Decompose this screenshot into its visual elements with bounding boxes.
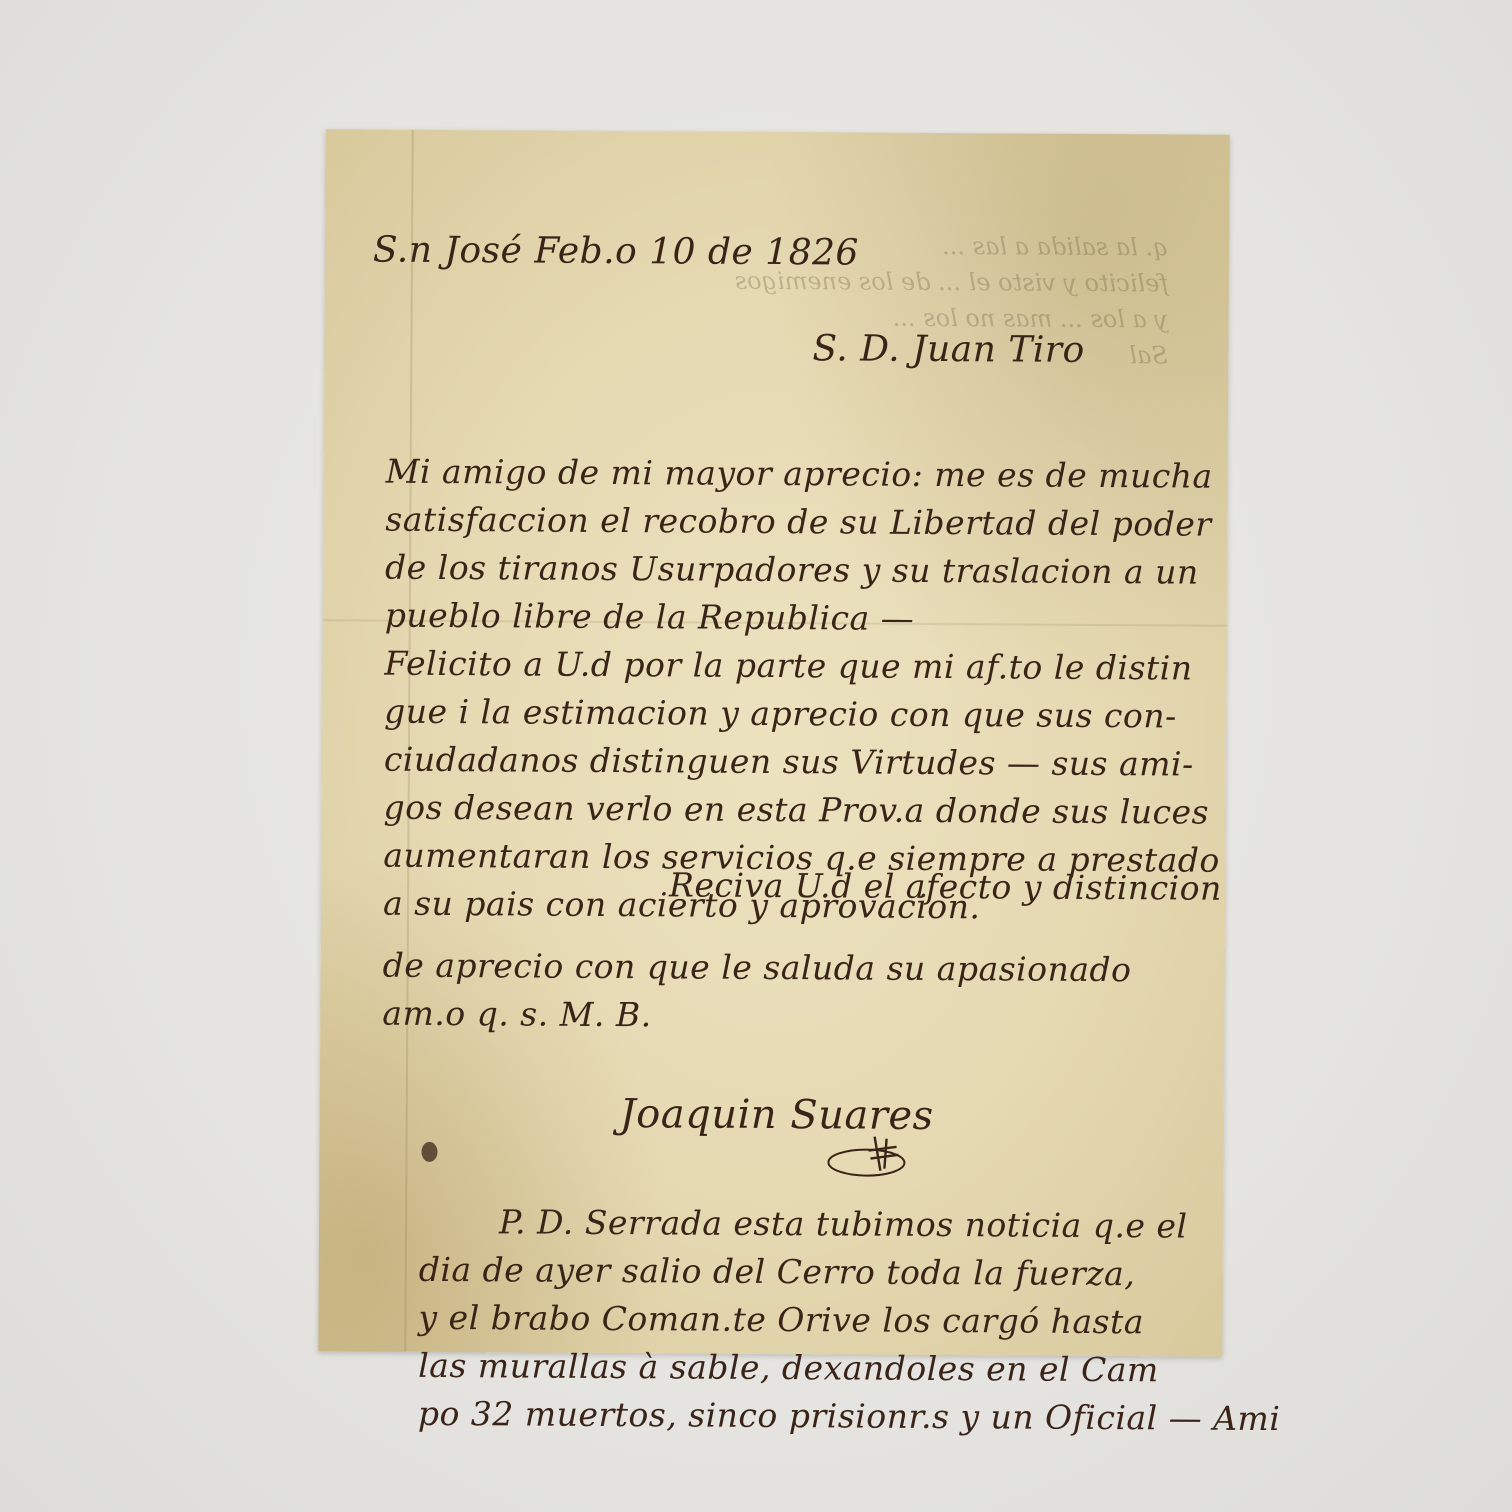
ink-stain <box>421 1142 437 1162</box>
closing-block: de aprecio con que le saluda su apasiona… <box>382 942 1131 1043</box>
postscript-line: las murallas à sable, dexandoles en el C… <box>418 1342 1281 1395</box>
letter-paper: q. la salida a las ... felicito y visto … <box>318 129 1229 1356</box>
letter-body: Mi amigo de mi mayor aprecio: me es de m… <box>383 448 1222 933</box>
addressee: S. D. Juan Tiro <box>812 328 1085 371</box>
closing-line: am.o q. s. M. B. <box>382 990 1131 1043</box>
postscript-line: po 32 muertos, sinco prisionr.s y un Ofi… <box>418 1390 1281 1443</box>
body-line: de los tiranos Usurpadores y su traslaci… <box>385 544 1222 597</box>
body-line: satisfaccion el recobro de su Libertad d… <box>385 496 1222 549</box>
body-line: gos desean verlo en esta Prov.a donde su… <box>383 784 1220 837</box>
closing-line: Reciva U.d el afecto y distincion <box>669 861 1222 912</box>
body-line: pueblo libre de la Republica — <box>385 592 1222 645</box>
body-line: gue i la estimacion y aprecio con que su… <box>384 688 1221 741</box>
postscript-line: dia de ayer salio del Cerro toda la fuer… <box>419 1246 1282 1299</box>
dateline: S.n José Feb.o 10 de 1826 <box>373 230 859 274</box>
body-line: Felicito a U.d por la parte que mi af.to… <box>384 640 1221 693</box>
body-line: ciudadanos distinguen sus Virtudes — sus… <box>384 736 1221 789</box>
signature-rubric-icon <box>824 1132 914 1179</box>
body-line: Mi amigo de mi mayor aprecio: me es de m… <box>386 448 1223 501</box>
closing-line: de aprecio con que le saluda su apasiona… <box>382 942 1131 995</box>
postscript: P. D. Serrada esta tubimos noticia q.e e… <box>418 1198 1282 1443</box>
postscript-line: y el brabo Coman.te Orive los cargó hast… <box>418 1294 1281 1347</box>
postscript-line: P. D. Serrada esta tubimos noticia q.e e… <box>419 1198 1282 1251</box>
